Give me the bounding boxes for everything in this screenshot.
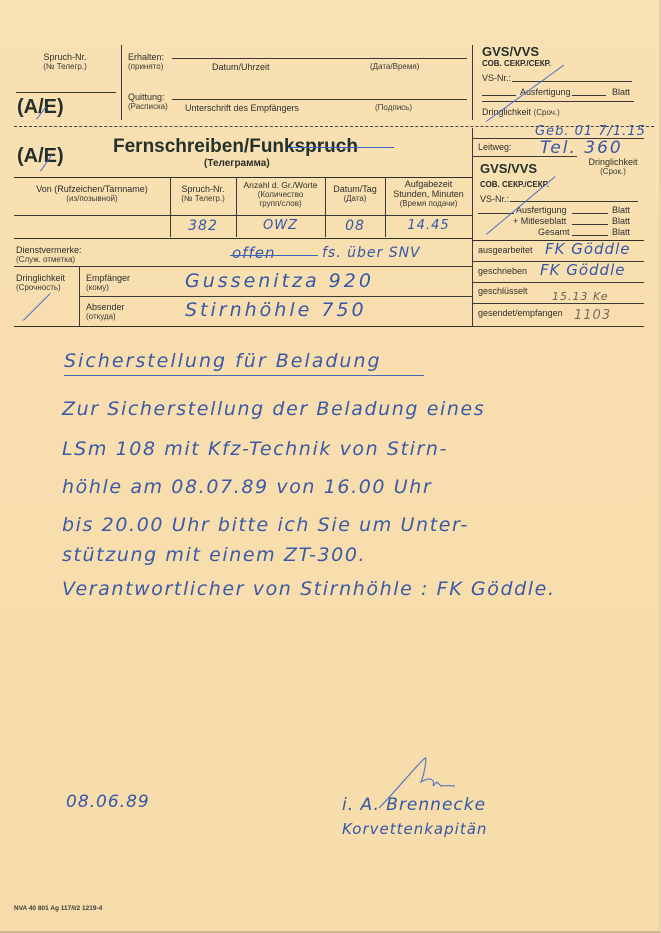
dienstvermerke-struck[interactable]: offen: [232, 244, 275, 262]
message-line-3: höhle am 08.07.89 von 16.00 Uhr: [62, 476, 432, 498]
table-top: [14, 177, 472, 178]
signature-name: i. A. Brennecke: [342, 795, 486, 815]
absender-label-de: Absender: [86, 302, 125, 312]
divider: [472, 282, 644, 283]
annotation-top: Geb. 01 7/1.15: [535, 124, 646, 139]
gvs-title-ru: СОВ. СЕКР./СЕКР.: [482, 59, 551, 68]
column-header-anzahl: Anzahl d. Gr./Worte (Количество групп/сл…: [236, 180, 325, 208]
dienstvermerke-label: Dienstvermerke: (Служ. отметка): [16, 245, 82, 264]
form-title-ru: (Телеграмма): [204, 158, 270, 169]
empfaenger-label: Empfänger (кому): [86, 273, 130, 292]
ausgearbeitet-value[interactable]: FK Göddle: [545, 240, 630, 258]
right-gvs-title: GVS/VVS: [480, 161, 537, 176]
geschrieben-value[interactable]: FK Göddle: [540, 261, 625, 279]
empfaenger-label-ru: (кому): [86, 283, 130, 292]
divider: [472, 156, 577, 157]
ae-marker-top: (A/E): [17, 96, 64, 119]
empfaenger-value[interactable]: Gussenitza 920: [185, 270, 374, 292]
gesendet-label: gesendet/empfangen: [478, 308, 563, 318]
quittung-label-de: Quittung:: [128, 92, 168, 102]
value-anzahl[interactable]: OWZ: [236, 218, 325, 233]
ausgearbeitet-label: ausgearbeitet: [478, 245, 533, 255]
gesendet-value[interactable]: 1103: [574, 308, 611, 323]
divider: [472, 303, 644, 304]
dringlichkeit-cancel-mark: [23, 293, 51, 321]
dringlichkeit-form-label-de: Dringlichkeit: [16, 273, 65, 283]
message-line-1: Zur Sicherstellung der Beladung eines: [62, 398, 485, 420]
leitweg-label: Leitweg:: [478, 142, 512, 152]
divider: [472, 128, 473, 326]
mitleseblatt-label: + Mitleseblatt: [513, 216, 566, 226]
ausfertigung-line: [482, 95, 516, 96]
column-header-datum: Datum/Tag (Дата): [325, 184, 385, 203]
right-dringlichkeit-label-ru: (Срок.): [578, 167, 648, 176]
absender-label: Absender (откуда): [86, 302, 125, 321]
telegram-form-page: Spruch-Nr. (№ Телегр.) (A/E) Erhalten: (…: [0, 0, 661, 933]
vs-nr-label: VS-Nr.:: [482, 73, 511, 83]
footer-date: 08.06.89: [66, 792, 150, 812]
mitleseblatt-line: [572, 224, 608, 225]
right-blatt-label-3: Blatt: [612, 227, 630, 237]
datum-uhrzeit-label: Datum/Uhrzeit: [212, 62, 270, 72]
unterschrift-label: Unterschrift des Empfängers: [185, 103, 299, 113]
spruch-nr-label-ru: (№ Телегр.): [30, 62, 100, 71]
right-vs-nr-line: [510, 201, 638, 202]
dringlichkeit-label-de: Dringlichkeit: [482, 107, 531, 117]
divider: [472, 45, 473, 120]
dienstvermerke-label-ru: (Служ. отметка): [16, 255, 82, 264]
column-label: Spruch-Nr.: [170, 184, 236, 194]
value-spruch-nr[interactable]: 382: [170, 218, 236, 234]
geschluesselt-value[interactable]: 15.13 Ke: [552, 290, 609, 303]
gesamt-label: Gesamt: [538, 227, 570, 237]
signature-rank: Korvettenkapitän: [342, 820, 487, 838]
divider: [482, 101, 634, 102]
ae-marker-form: (A/E): [17, 145, 64, 168]
column-label-ru: (Время подачи): [385, 199, 472, 208]
vs-nr-line: [512, 81, 632, 82]
spruch-nr-label-de: Spruch-Nr.: [30, 52, 100, 62]
message-line-5: stützung mit einem ZT-300.: [62, 544, 366, 566]
subject-underline: [64, 375, 424, 376]
right-dringlichkeit-label-de: Dringlichkeit: [578, 157, 648, 167]
divider: [472, 326, 644, 327]
gesamt-line: [572, 235, 608, 236]
dienstvermerke-label-de: Dienstvermerke:: [16, 245, 82, 255]
divider: [14, 266, 472, 267]
erhalten-label-de: Erhalten:: [128, 52, 164, 62]
absender-value[interactable]: Stirnhöhle 750: [185, 299, 367, 321]
quittung-line: [172, 99, 467, 100]
print-code: NVA 40 801 Ag 117/I/2 1219-4: [14, 905, 102, 912]
right-blatt-label-2: Blatt: [612, 216, 630, 226]
absender-label-ru: (откуда): [86, 312, 125, 321]
divider: [121, 45, 122, 120]
right-gvs-title-ru: СОВ. СЕКР./СЕКР.: [480, 180, 549, 189]
right-blatt-label-1: Blatt: [612, 205, 630, 215]
geschluesselt-label: geschlüsselt: [478, 286, 528, 296]
quittung-label: Quittung: (Расписка): [128, 92, 168, 111]
column-label: Von (Rufzeichen/Tarnname): [14, 184, 170, 194]
dienstvermerke-value[interactable]: fs. über SNV: [322, 245, 421, 261]
title-strike: [288, 147, 394, 148]
erhalten-label-ru: (принято): [128, 62, 164, 71]
column-label-ru: (Количество групп/слов): [236, 190, 325, 208]
column-label: Aufgabezeit Stunden, Minuten: [385, 179, 472, 199]
value-datum[interactable]: 08: [325, 218, 385, 234]
right-vs-nr-label: VS-Nr.:: [480, 194, 509, 204]
dringlichkeit-form-label-ru: (Срочность): [16, 283, 65, 292]
right-ausfertigung-label: Ausfertigung: [516, 205, 567, 215]
erhalten-line: [172, 58, 467, 59]
column-label: Anzahl d. Gr./Worte: [236, 180, 325, 190]
dienstvermerke-strike: [230, 255, 318, 256]
divider: [79, 296, 472, 297]
gvs-title: GVS/VVS: [482, 44, 539, 59]
empfaenger-label-de: Empfänger: [86, 273, 130, 283]
right-blatt-line: [572, 213, 608, 214]
right-dringlichkeit-label: Dringlichkeit (Срок.): [578, 157, 648, 176]
column-header-aufgabezeit: Aufgabezeit Stunden, Minuten (Время пода…: [385, 179, 472, 208]
column-label-ru: (Дата): [325, 194, 385, 203]
blatt-label: Blatt: [612, 87, 630, 97]
column-header-spruch-nr: Spruch-Nr. (№ Телегр.): [170, 184, 236, 203]
message-line-4: bis 20.00 Uhr bitte ich Sie um Unter-: [62, 514, 469, 536]
message-line-2: LSm 108 mit Kfz-Technik von Stirn-: [62, 438, 448, 460]
column-label-ru: (№ Телегр.): [170, 194, 236, 203]
dringlichkeit-label-ru: (Сроч.): [534, 108, 560, 117]
divider: [14, 238, 472, 239]
table-bottom: [14, 326, 472, 327]
message-subject: Sicherstellung für Beladung: [64, 350, 382, 372]
erhalten-label: Erhalten: (принято): [128, 52, 164, 71]
message-line-6: Verantwortlicher von Stirnhöhle : FK Göd…: [62, 578, 556, 600]
datum-uhrzeit-label-ru: (Дата/Время): [370, 62, 419, 71]
divider: [16, 92, 116, 93]
column-label-ru: (из/позывной): [14, 194, 170, 203]
geschrieben-label: geschrieben: [478, 266, 527, 276]
spruch-nr-label: Spruch-Nr. (№ Телегр.): [30, 52, 100, 71]
leitweg-value[interactable]: Tel. 360: [540, 138, 623, 158]
quittung-label-ru: (Расписка): [128, 102, 168, 111]
value-aufgabezeit[interactable]: 14.45: [385, 218, 472, 233]
dringlichkeit-form-label: Dringlichkeit (Срочность): [16, 273, 65, 292]
blatt-line: [572, 95, 606, 96]
column-label: Datum/Tag: [325, 184, 385, 194]
unterschrift-label-ru: (Подпись): [375, 103, 412, 112]
divider: [14, 215, 472, 216]
column-header-von: Von (Rufzeichen/Tarnname) (из/позывной): [14, 184, 170, 203]
